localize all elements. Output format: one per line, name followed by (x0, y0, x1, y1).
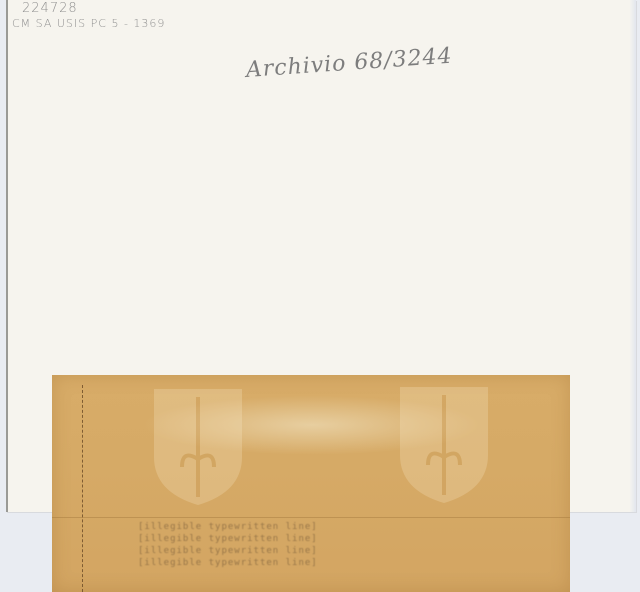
caption-line: [illegible typewritten line] (138, 533, 558, 545)
archive-number: Archivio 68/3244 (245, 44, 453, 83)
shield-watermark-icon (152, 387, 244, 507)
reference-code: CM SA USIS PC 5 - 1369 (12, 17, 165, 30)
margin-line (82, 385, 84, 592)
caption-text: [illegible typewritten line][illegible t… (138, 521, 558, 569)
caption-line: [illegible typewritten line] (138, 545, 558, 557)
caption-line: [illegible typewritten line] (138, 557, 558, 569)
caption-slip: [illegible typewritten line][illegible t… (52, 375, 570, 592)
inventory-number: 224728 (22, 1, 78, 16)
shield-watermark-icon (398, 385, 490, 505)
caption-line: [illegible typewritten line] (138, 521, 558, 533)
fold-line (52, 517, 570, 518)
